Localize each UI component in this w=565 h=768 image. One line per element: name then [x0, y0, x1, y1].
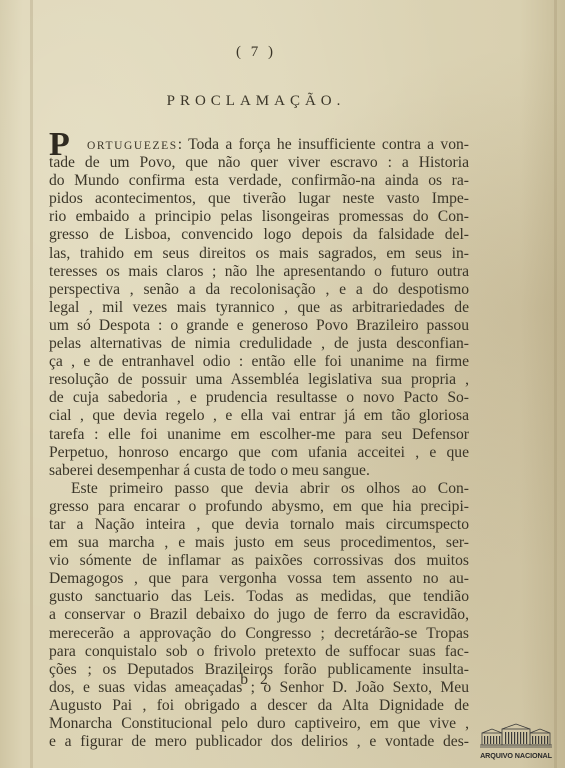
text-line: tarefa : elle foi unanime em escolher-me… — [49, 426, 469, 444]
text-line: saberei desempenhar á custa de todo o me… — [49, 462, 469, 480]
text-line: ORTUGUEZES: Toda a força he insufficient… — [49, 136, 469, 154]
text-line: Este primeiro passo que devia abrir os o… — [49, 480, 469, 498]
text-line: a conservar o Brazil debaixo do jugo de … — [49, 606, 469, 624]
text-line: teresses os mais claros ; não lhe aprese… — [49, 263, 469, 281]
text-line: vio sómente de inflamar as paixões corro… — [49, 552, 469, 570]
text-line: tar a Nação inteira , que devia tornalo … — [49, 516, 469, 534]
text-line: perspectiva , senão a da recolonisação ,… — [49, 281, 469, 299]
first-word-small-caps: ORTUGUEZES — [87, 140, 178, 152]
page-number: ( 7 ) — [0, 44, 512, 61]
text-line: para conquistalo sob o frivolo pretexto … — [49, 643, 469, 661]
text-line: las, trahido em seus direitos os mais sa… — [49, 245, 469, 263]
text-line: ça , e de entranhavel odio : então elle … — [49, 353, 469, 371]
text-line: resolução de possuir uma Assembléa legis… — [49, 371, 469, 389]
archive-watermark: ARQUIVO NACIONAL — [477, 723, 555, 760]
page-edge-shadow — [30, 0, 33, 768]
text-line: Augusto Pai , foi obrigado a descer da A… — [49, 697, 469, 715]
text-line: gusto sanctuario das Leis. Todas as medi… — [49, 588, 469, 606]
text-line: tade de um Povo, que não quer viver escr… — [49, 154, 469, 172]
text-line: em sua marcha , e mais justo em seus pro… — [49, 534, 469, 552]
text-line: e a figurar de mero publicador dos delir… — [49, 733, 469, 751]
text-line: do Mundo confirma esta verdade, confirmã… — [49, 172, 469, 190]
text-line: rio embaido a principio pelas lisongeira… — [49, 208, 469, 226]
document-page: ( 7 ) PROCLAMAÇÃO. P ORTUGUEZES: Toda a … — [0, 0, 565, 768]
text-line: pidos acontecimentos, que tiverão lugar … — [49, 190, 469, 208]
body-text: ORTUGUEZES: Toda a força he insufficient… — [49, 136, 469, 751]
page-edge-shadow — [554, 0, 557, 768]
archive-building-icon — [479, 723, 553, 749]
text-line: Demagogos , que para vergonha vossa tem … — [49, 570, 469, 588]
text-line: gresso de Lisboa, convencido logo depois… — [49, 226, 469, 244]
page-title: PROCLAMAÇÃO. — [0, 93, 512, 110]
text-line: de cuja sabedoria , e prudencia resultas… — [49, 389, 469, 407]
text-line: Perpetuo, honroso encargo que com ufania… — [49, 444, 469, 462]
signature-mark: b 2 — [0, 671, 512, 689]
text-line: cial , que devia regelo , e ella vai ent… — [49, 407, 469, 425]
archive-label: ARQUIVO NACIONAL — [477, 751, 555, 760]
text-line: legal , mil vezes mais tyrannico , que a… — [49, 299, 469, 317]
text-line: Monarcha Constitucional pelo duro captiv… — [49, 715, 469, 733]
text-line: gresso para encarar o profundo abysmo, e… — [49, 498, 469, 516]
text-line: pelas alternativas de nimia credulidade … — [49, 335, 469, 353]
text-line: um só Despota : o grande e generoso Povo… — [49, 317, 469, 335]
text-line: merecerão a approvação do Congresso ; de… — [49, 625, 469, 643]
